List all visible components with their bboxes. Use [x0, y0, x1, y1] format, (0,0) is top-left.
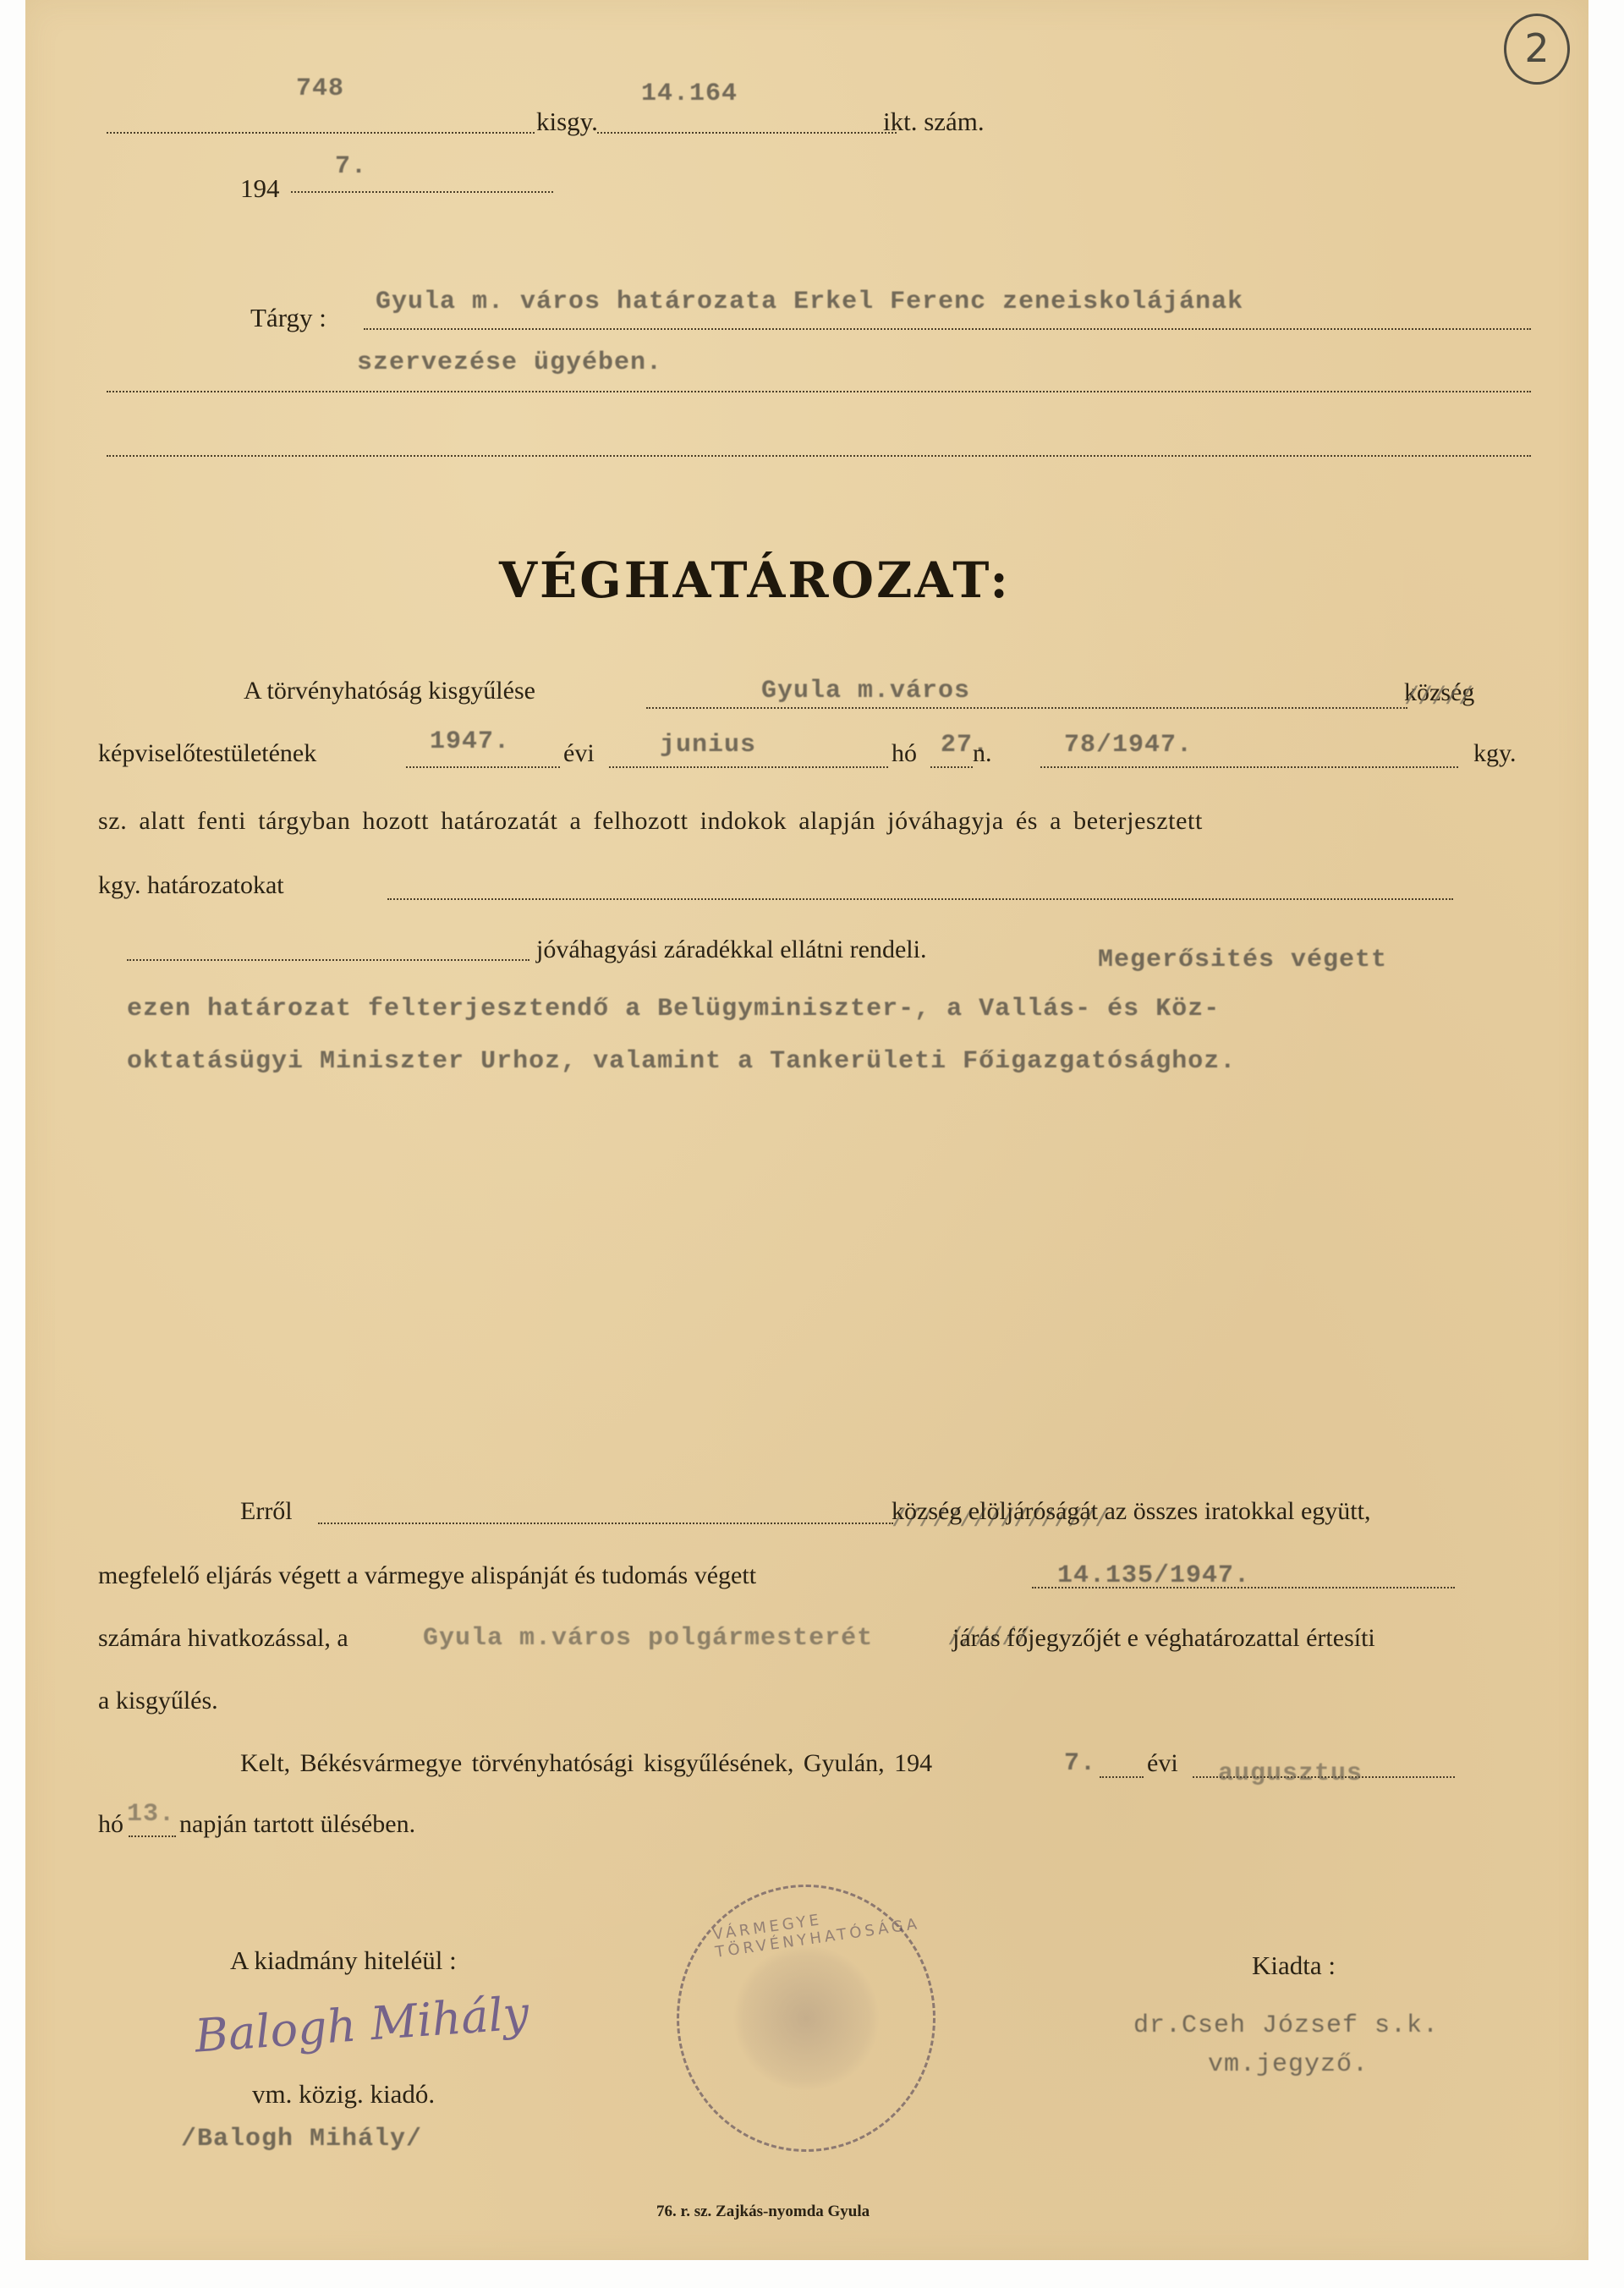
year-prefix: 194 [240, 173, 280, 204]
subject-underline-1 [364, 328, 1531, 330]
month-field-line [609, 766, 888, 768]
notif-lead-3: számára hivatkozással, a [98, 1624, 348, 1653]
subject-underline-3 [107, 455, 1531, 457]
subject-underline-2 [107, 391, 1531, 392]
notif-text-4: a kisgyűlés. [98, 1687, 218, 1715]
resolution-field-line [1040, 766, 1458, 768]
typed-note-2: ezen határozat felterjesztendő a Belügym… [127, 995, 1220, 1023]
month-field: junius [660, 731, 756, 760]
ho-label: hó [892, 739, 917, 768]
kisgy-label: kisgy. [536, 107, 598, 137]
left-signature-title: vm. közig. kiadó. [252, 2079, 435, 2110]
handwritten-signature: Balogh Mihály [193, 1986, 530, 2062]
stamp-coat-of-arms [730, 1946, 882, 2090]
notif-lead-1: Erről [240, 1497, 293, 1526]
subject-label: Tárgy : [250, 303, 326, 333]
typed-note-3: oktatásügyi Miniszter Urhoz, valamint a … [127, 1047, 1236, 1076]
body-text-5: jóváhagyási záradékkal ellátni rendeli. [536, 936, 926, 964]
date-day-line [129, 1835, 176, 1837]
notif-text-1: község elöljáróságát az összes iratokkal… [892, 1497, 1370, 1526]
year-line [291, 191, 553, 193]
notif-text-5: Kelt, Békésvármegye törvényhatósági kisg… [240, 1749, 932, 1778]
page-number: 2 [1524, 25, 1549, 71]
resolution-number: 78/1947. [1064, 731, 1193, 760]
kgy-label: kgy. [1473, 739, 1517, 768]
notif-field-line-1 [318, 1523, 893, 1524]
date-day: 13. [127, 1800, 175, 1829]
date-year-digit: 7. [1064, 1749, 1096, 1778]
left-typed-name: /Balogh Mihály/ [181, 2125, 422, 2154]
date-ho-label: hó [98, 1810, 123, 1839]
body-lead-4: kgy. határozatokat [98, 871, 284, 900]
date-evi-label: évi [1147, 1749, 1178, 1778]
clause-field-line [127, 959, 529, 961]
notif-typed-mayor: Gyula m.város polgármesterét [423, 1624, 873, 1653]
left-signature-label: A kiadmány hiteléül : [230, 1945, 457, 1976]
resolutions-field-line [387, 898, 1453, 900]
ikt-number: 14.164 [641, 80, 738, 108]
n-label: n. [973, 739, 992, 768]
official-seal-stamp: VÁRMEGYE TÖRVÉNYHATÓSÁGA [677, 1885, 935, 2152]
notif-ref-number: 14.135/1947. [1057, 1561, 1250, 1590]
kozseg-strikeout: ///// [1404, 683, 1472, 712]
right-signer-title: vm.jegyző. [1208, 2050, 1369, 2079]
town-field-line [646, 707, 1407, 709]
right-signature-label: Kiadta : [1252, 1951, 1336, 1981]
ikt-label: ikt. szám. [883, 107, 985, 137]
date-year-line [1100, 1776, 1144, 1778]
notif-text-2: megfelelő eljárás végett a vármegye alis… [98, 1561, 756, 1590]
town-field: Gyula m.város [761, 677, 970, 705]
document-title: VÉGHATÁROZAT: [499, 551, 1011, 609]
notif-text-3: járás főjegyzőjét e véghatározattal érte… [952, 1624, 1375, 1653]
year-field: 1947. [430, 727, 510, 756]
page-number-circle: 2 [1504, 14, 1570, 85]
year-field-line [406, 766, 560, 768]
document-page: 2 748 kisgy. 14.164 ikt. szám. 194 7. Tá… [25, 0, 1588, 2260]
ikt-line [597, 132, 897, 134]
body-text-3: sz. alatt fenti tárgyban hozott határoza… [98, 807, 1203, 836]
evi-label: évi [563, 739, 595, 768]
right-signer-name: dr.Cseh József s.k. [1133, 2011, 1439, 2040]
subject-line-2: szervezése ügyében. [357, 348, 662, 377]
subject-line-1: Gyula m. város határozata Erkel Ferenc z… [376, 288, 1243, 316]
notif-text-6: napján tartott ülésében. [179, 1810, 415, 1839]
year-suffix: 7. [335, 152, 367, 181]
printer-footer: 76. r. sz. Zajkás-nyomda Gyula [656, 2203, 870, 2221]
body-lead-1: A törvényhatóság kisgyűlése [244, 677, 535, 705]
typed-note-1: Megerősités végett [1098, 946, 1387, 974]
date-month: augusztus [1218, 1759, 1363, 1788]
kisgy-number: 748 [296, 74, 344, 103]
day-field-line [930, 766, 973, 768]
body-lead-2: képviselőtestületének [98, 739, 316, 768]
kisgy-line [107, 132, 535, 134]
